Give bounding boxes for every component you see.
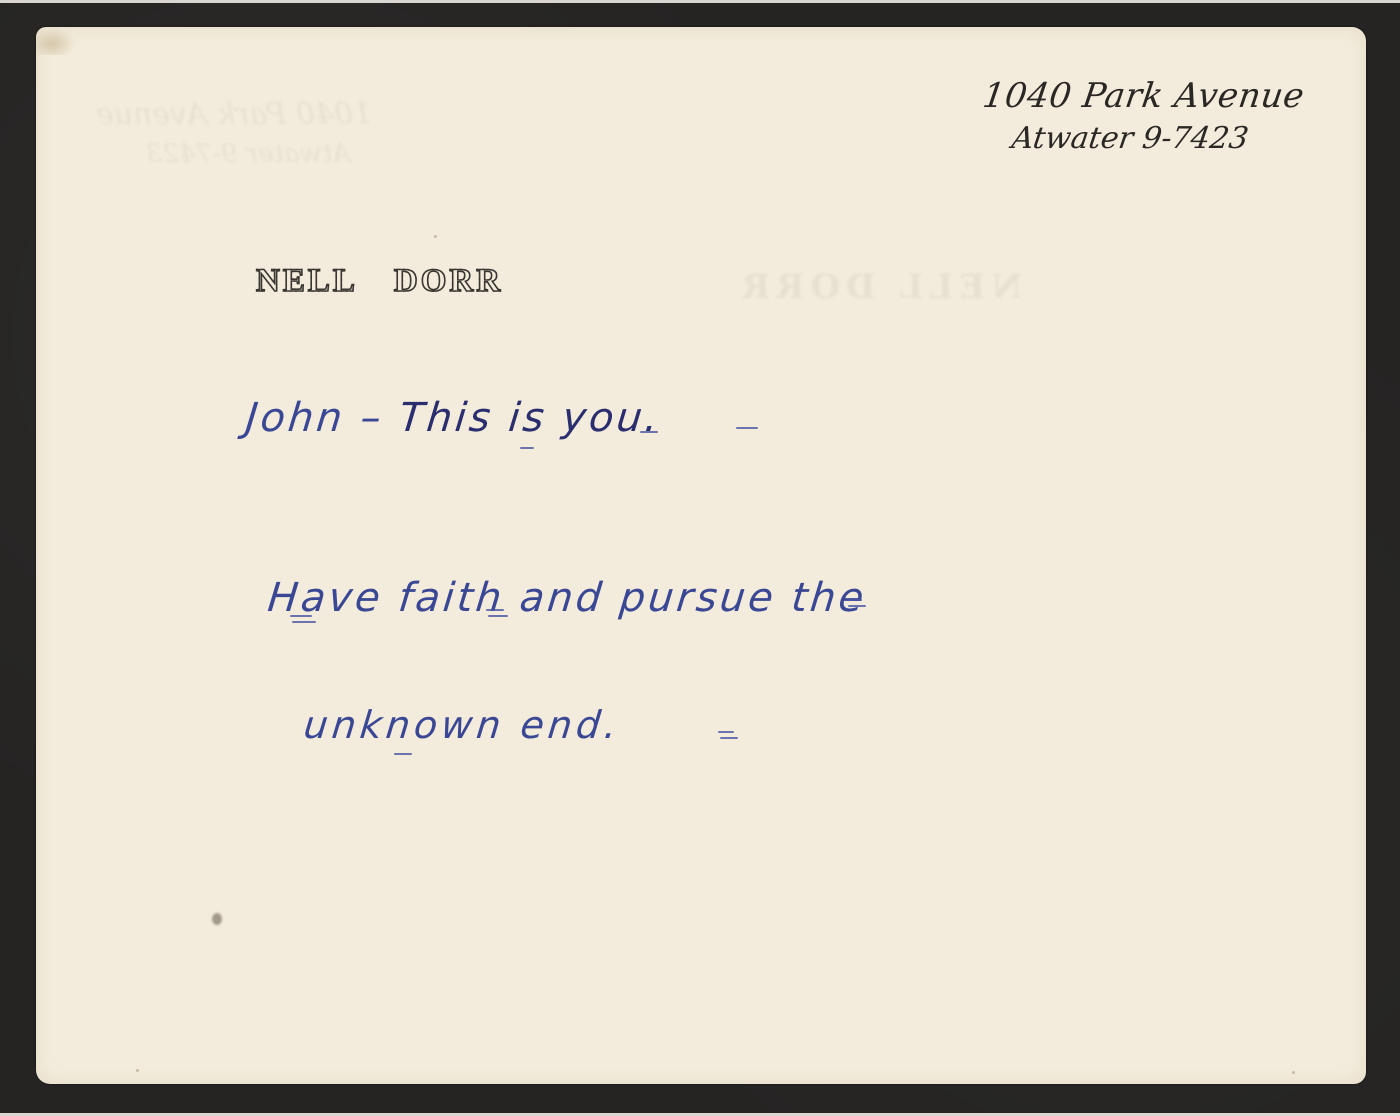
salutation: John [244,395,348,441]
paper-speck [434,235,437,238]
bleed-through-address: 1040 Park Avenue [96,97,372,132]
letterhead-address-block: 1040 Park Avenue Atwater 9-7423 [983,73,1304,159]
bleed-through-name: NELL DORR [736,267,1022,307]
shorthand-underline [394,753,412,755]
shorthand-double-underline [846,599,862,601]
paper-speck [1292,1071,1295,1074]
handwritten-line-3: unknown end. [302,703,623,747]
shorthand-double-underline [290,615,312,617]
shorthand-double-underline [718,731,734,733]
shorthand-underline [520,447,534,449]
paper-stain-spot [212,913,222,925]
calling-card: 1040 Park Avenue Atwater 9-7423 NELL DOR… [36,27,1366,1084]
scan-edge-top [0,0,1400,3]
shorthand-underline [736,427,758,429]
letterhead-address: 1040 Park Avenue [980,73,1308,119]
bleed-through-phone: Atwater 9-7423 [146,139,351,169]
handwritten-text-1: This is you. [397,395,663,441]
letterhead-name: NELLDORR [256,263,503,300]
letterhead-phone: Atwater 9-7423 [980,119,1251,159]
name-first: NELL [256,263,358,299]
dash: – [358,395,386,441]
shorthand-underline [640,431,658,433]
paper-speck [136,1069,139,1072]
handwritten-line-2: Have faith and pursue the [266,575,869,621]
shorthand-double-underline [486,609,504,611]
handwritten-line-1: John – This is you. [244,395,664,441]
name-last: DORR [394,263,503,299]
